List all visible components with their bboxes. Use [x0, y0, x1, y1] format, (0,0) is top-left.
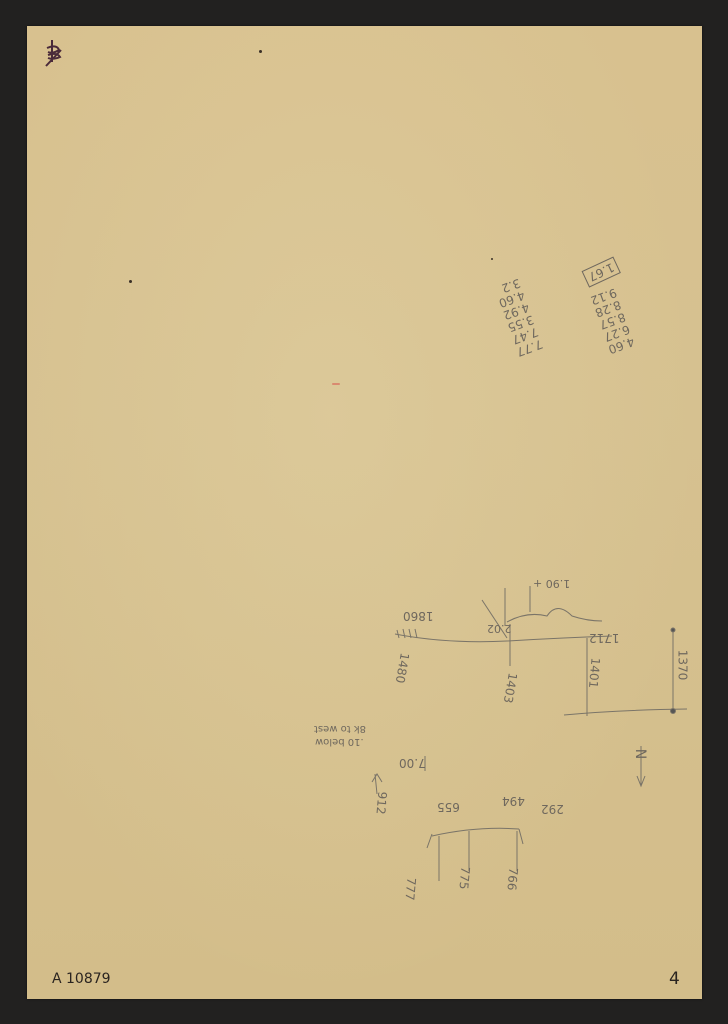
elevation-label: 912 [373, 791, 389, 815]
scanned-paper-page: 7.77 7.47 3.55 4.92 4.60 3.2 1.67 4.60 6… [27, 26, 702, 999]
elevation-label: 1.90 + [533, 577, 570, 590]
note-text: .10 below [315, 736, 364, 747]
north-arrow-label: N [632, 749, 648, 759]
elevation-label: 1480 [393, 652, 412, 685]
elevation-label: 1403 [501, 672, 520, 705]
elevation-label: 2.02 [487, 622, 512, 635]
page-number: 4 [669, 969, 680, 989]
elevation-label: 766 [504, 867, 520, 891]
monogram-mark [43, 38, 65, 68]
elevation-label: 1860 [403, 609, 434, 623]
paper-speck [259, 50, 262, 53]
elevation-label: 1370 [675, 650, 689, 681]
calc-boxed-value: 1.67 [582, 257, 621, 288]
elevation-label: 292 [541, 802, 564, 816]
catalog-number: A 10879 [52, 971, 111, 987]
elevation-label: 777 [402, 877, 418, 901]
paper-speck [129, 280, 132, 283]
elevation-label: 494 [502, 794, 525, 808]
elevation-label: 1712 [589, 631, 620, 645]
elevation-label: 655 [437, 800, 460, 814]
elevation-label: 775 [456, 866, 472, 890]
elevation-label: 7.00 [399, 756, 426, 770]
calc-column-left: 7.77 7.47 3.55 4.92 4.60 3.2 [492, 276, 544, 358]
paper-speck [491, 258, 493, 260]
red-mark [332, 383, 340, 385]
elevation-label: 1401 [586, 657, 603, 689]
calc-column-right: 4.60 6.27 8.57 8.28 9.12 [589, 285, 636, 355]
note-text: 8k to west [314, 723, 366, 734]
pencil-sketch-lines [27, 26, 702, 999]
